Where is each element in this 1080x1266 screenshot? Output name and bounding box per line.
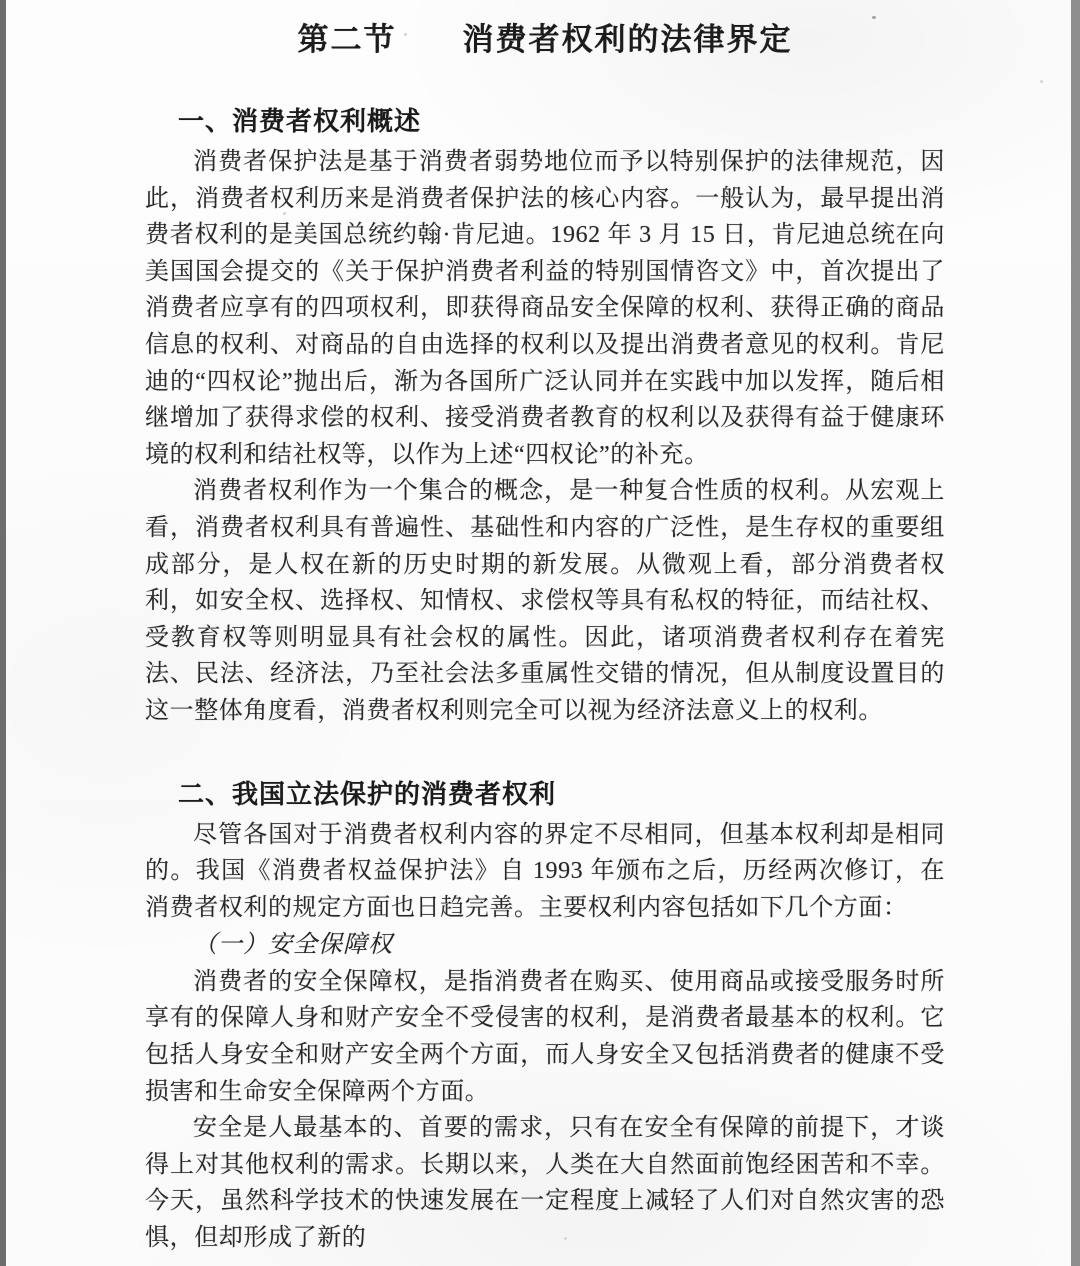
section-title: 第二节 消费者权利的法律界定 [145, 14, 945, 59]
paragraph-safety-basic-need: 安全是人最基本的、首要的需求，只有在安全有保障的前提下，才谈得上对其他权利的需求… [145, 1110, 945, 1256]
scan-edge-left [0, 0, 6, 1266]
page-content: 第二节 消费者权利的法律界定 一、消费者权利概述 消费者保护法是基于消费者弱势地… [145, 0, 945, 1257]
paragraph-china-law-intro: 尽管各国对于消费者权利内容的界定不尽相同，但基本权利却是相同的。我国《消费者权益… [145, 817, 945, 927]
subheading-safety-right: （一）安全保障权 [145, 927, 945, 964]
heading-consumer-rights-overview: 一、消费者权利概述 [178, 101, 945, 138]
paragraph-composite-rights: 消费者权利作为一个集合的概念，是一种复合性质的权利。从宏观上看，消费者权利具有普… [145, 473, 945, 729]
scan-edge-right [1071, 0, 1080, 1266]
scanned-book-page: 第二节 消费者权利的法律界定 一、消费者权利概述 消费者保护法是基于消费者弱势地… [0, 0, 1080, 1266]
scan-speck [1040, 80, 1043, 83]
paragraph-safety-right-definition: 消费者的安全保障权，是指消费者在购买、使用商品或接受服务时所享有的保障人身和财产… [145, 964, 945, 1110]
paragraph-kennedy-four-rights: 消费者保护法是基于消费者弱势地位而予以特别保护的法律规范，因此，消费者权利历来是… [145, 144, 945, 473]
heading-china-legislation: 二、我国立法保护的消费者权利 [178, 774, 945, 811]
